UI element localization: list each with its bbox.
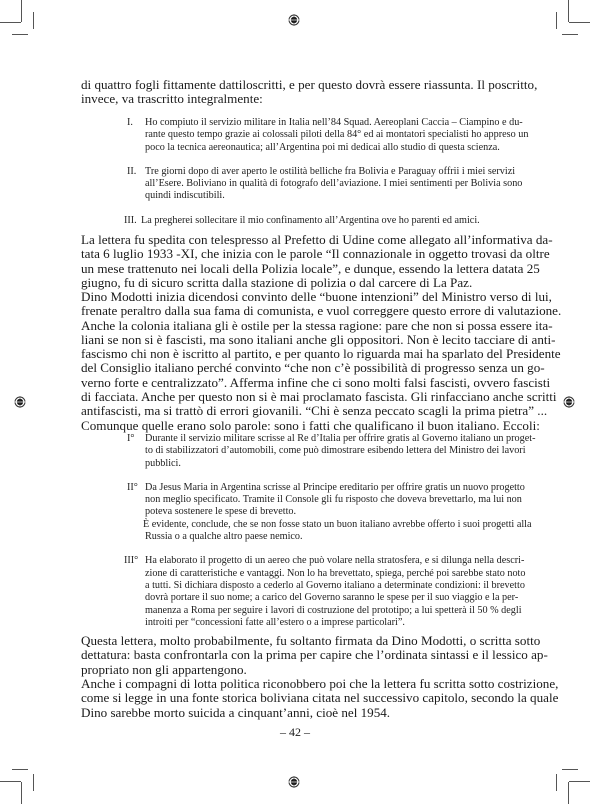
text-line: dovrà portare il suo nome; a carico del … — [145, 592, 510, 604]
text-line: liani se non si è fascisti, ma sono ital… — [81, 333, 509, 347]
text-line: quindi indiscutibili. — [145, 190, 510, 202]
text-line: È evidente, conclude, che se non fosse s… — [143, 519, 510, 531]
text-line: del Consiglio italiano perché convinto “… — [81, 361, 509, 375]
crop-mark-top-right-v — [568, 0, 569, 22]
crop-mark-bottom-right-v2 — [556, 774, 557, 791]
text-line: La pregherei sollecitare il mio confinam… — [141, 215, 510, 227]
list-item: I. Ho compiuto il servizio militare in I… — [124, 117, 510, 154]
text-line: a tutti. Si dichiara disposto a cederlo … — [145, 580, 510, 592]
text-line: Anche la colonia italiana gli è ostile p… — [81, 319, 509, 333]
body-paragraph: Anche i compagni di lotta politica ricon… — [81, 677, 509, 720]
list-item: I° Durante il servizio militare scrisse … — [124, 433, 510, 470]
crop-mark-bottom-left-v — [21, 782, 22, 804]
crop-mark-top-left-v2 — [33, 12, 34, 29]
text-line: Questa lettera, molto probabilmente, fu … — [81, 634, 509, 648]
list-numeral: I. — [127, 117, 133, 129]
text-line: Ha elaborato il progetto di un aereo che… — [145, 555, 510, 567]
text-line: rante questo tempo grazie ai colossali p… — [145, 129, 510, 141]
crop-mark-top-right-v2 — [556, 12, 557, 29]
text-line: Tre giorni dopo di aver aperto le ostili… — [145, 166, 510, 178]
text-line: Russia o a qualche altro paese nemico. — [145, 531, 510, 543]
text-line: propriato non gli appartengono. — [81, 663, 509, 677]
text-line: Dino Modotti inizia dicendosi convinto d… — [81, 290, 509, 304]
text-line: fascismo chi non è iscritto al partito, … — [81, 347, 509, 361]
crop-mark-top-right-h — [569, 22, 590, 23]
facts-list: I° Durante il servizio militare scrisse … — [124, 433, 510, 629]
text-line: Da Jesus Maria in Argentina scrisse al P… — [145, 482, 510, 494]
crop-mark-bottom-right-v — [568, 782, 569, 804]
list-numeral: III. — [124, 215, 137, 227]
list-numeral: I° — [127, 433, 134, 445]
text-line: all’Esere. Boliviano in qualità di fotog… — [145, 178, 510, 190]
text-line: invece, va trascritto integralmente: — [81, 92, 509, 106]
list-numeral: II° — [127, 482, 138, 494]
postscript-list: I. Ho compiuto il servizio militare in I… — [124, 117, 510, 227]
crop-mark-top-left-h — [0, 22, 21, 23]
crop-mark-bottom-right-h2 — [562, 769, 578, 770]
text-line: tata 6 luglio 1933 -XI, che inizia con l… — [81, 247, 509, 261]
list-numeral: II. — [127, 166, 136, 178]
list-item: III° Ha elaborato il progetto di un aere… — [124, 555, 510, 629]
text-line: come si legge in una fonte storica boliv… — [81, 691, 509, 705]
text-line: antifascisti, ma si trattò di errori gio… — [81, 404, 509, 418]
list-item: III. La pregherei sollecitare il mio con… — [124, 215, 510, 227]
text-line: Anche i compagni di lotta politica ricon… — [81, 677, 509, 691]
crop-mark-bottom-right-h — [569, 781, 590, 782]
text-line: to di stabilizzatori d’automobili, come … — [145, 445, 510, 457]
text-line: frenate peraltro dalla sua fama di comun… — [81, 304, 509, 318]
crop-mark-top-left-v — [21, 0, 22, 22]
body-paragraph: La lettera fu spedita con telespresso al… — [81, 233, 509, 290]
text-line: dettatura: basta confrontarla con la pri… — [81, 648, 509, 662]
crop-mark-bottom-left-h — [0, 781, 21, 782]
registration-mark-bottom-icon — [288, 776, 300, 788]
text-line: Durante il servizio militare scrisse al … — [145, 433, 510, 445]
registration-mark-top-icon — [288, 14, 300, 26]
text-line: poco la tecnica aereonautica; all’Argent… — [145, 142, 510, 154]
text-line: manenza a Roma per seguire i lavori di c… — [145, 605, 510, 617]
registration-mark-left-icon — [14, 396, 26, 408]
text-line: zione di caratteristiche e vantaggi. Non… — [145, 568, 510, 580]
crop-mark-top-right-h2 — [562, 34, 578, 35]
text-line: Dino sarebbe morto suicida a cinquant’an… — [81, 706, 509, 720]
body-paragraph: Dino Modotti inizia dicendosi convinto d… — [81, 290, 509, 433]
list-item: II. Tre giorni dopo di aver aperto le os… — [124, 166, 510, 203]
body-paragraph: Questa lettera, molto probabilmente, fu … — [81, 634, 509, 677]
text-line: poteva sostenere le spese di brevetto. — [145, 506, 510, 518]
page-number: – 42 – — [0, 725, 590, 740]
text-line: di facciata. Anche per questo non si è m… — [81, 390, 509, 404]
text-line: La lettera fu spedita con telespresso al… — [81, 233, 509, 247]
text-line: verno forte e centralizzato”. Afferma in… — [81, 376, 509, 390]
text-line: introiti per “concessioni fatte all’este… — [145, 617, 510, 629]
text-line: Comunque quelle erano solo parole: sono … — [81, 419, 509, 433]
text-line: non meglio specificato. Tramite il Conso… — [145, 494, 510, 506]
text-line: pubblici. — [145, 458, 510, 470]
text-line: Ho compiuto il servizio militare in Ital… — [145, 117, 510, 129]
list-numeral: III° — [124, 555, 138, 567]
crop-mark-bottom-left-v2 — [33, 774, 34, 791]
text-line: di quattro fogli fittamente dattiloscrit… — [81, 78, 509, 92]
text-line: un mese trattenuto nei locali della Poli… — [81, 262, 509, 276]
intro-paragraph: di quattro fogli fittamente dattiloscrit… — [81, 78, 509, 107]
crop-mark-top-left-h2 — [12, 34, 28, 35]
crop-mark-bottom-left-h2 — [12, 769, 28, 770]
list-item: II° Da Jesus Maria in Argentina scrisse … — [124, 482, 510, 543]
registration-mark-right-icon — [563, 396, 575, 408]
